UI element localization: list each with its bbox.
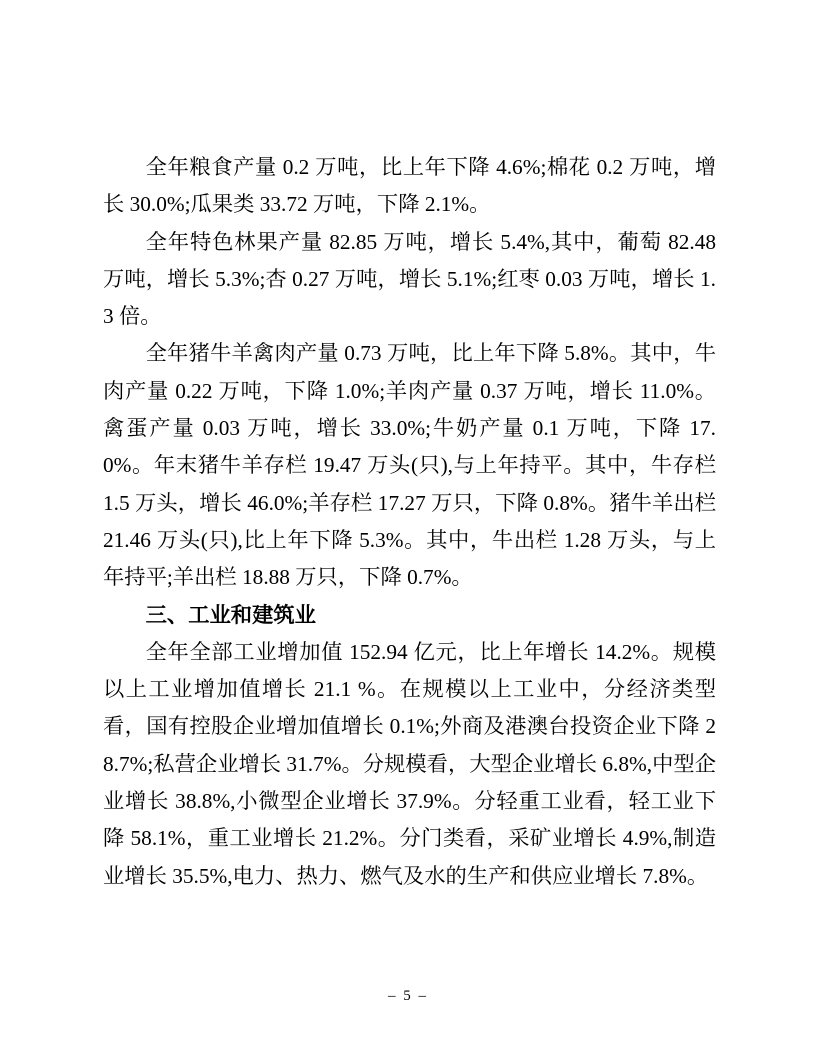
paragraph-industry-output: 全年全部工业增加值 152.94 亿元，比上年增长 14.2%。规模以上工业增加…	[103, 634, 716, 895]
paragraph-grain-output: 全年粮食产量 0.2 万吨，比上年下降 4.6%;棉花 0.2 万吨，增长 30…	[103, 149, 716, 224]
document-page: 全年粮食产量 0.2 万吨，比上年下降 4.6%;棉花 0.2 万吨，增长 30…	[0, 0, 816, 1056]
document-content: 全年粮食产量 0.2 万吨，比上年下降 4.6%;棉花 0.2 万吨，增长 30…	[103, 149, 716, 895]
paragraph-fruit-output: 全年特色林果产量 82.85 万吨，增长 5.4%,其中，葡萄 82.48 万吨…	[103, 224, 716, 336]
paragraph-livestock-output: 全年猪牛羊禽肉产量 0.73 万吨，比上年下降 5.8%。其中，牛肉产量 0.2…	[103, 335, 716, 596]
page-number: – 5 –	[0, 988, 816, 1005]
section-heading-industry-construction: 三、工业和建筑业	[103, 597, 716, 634]
